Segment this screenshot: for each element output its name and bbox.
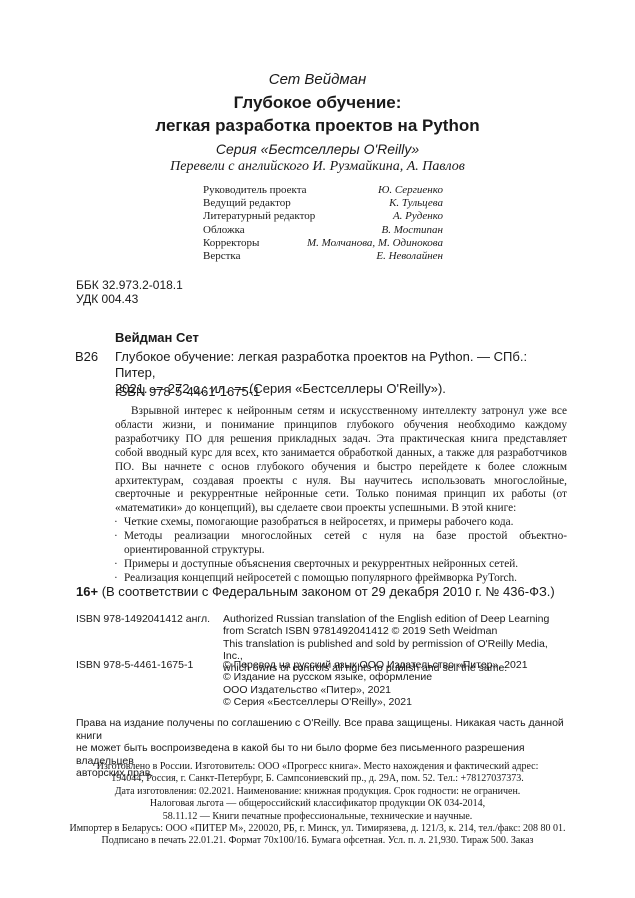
credits-list: Руководитель проектаЮ. Сергиенко Ведущий… bbox=[203, 184, 443, 263]
credit-row: ОбложкаВ. Мостипан bbox=[203, 224, 443, 237]
credit-row: ВерсткаЕ. Неволайнен bbox=[203, 250, 443, 263]
catalog-author-heading: Вейдман Сет bbox=[115, 330, 199, 345]
imprint-info: Изготовлено в России. Изготовитель: ООО … bbox=[0, 761, 635, 848]
imprint-line: Подписано в печать 22.01.21. Формат 70х1… bbox=[0, 835, 635, 847]
credit-person: Е. Неволайнен bbox=[376, 250, 443, 263]
book-title-line-1: Глубокое обучение: bbox=[0, 93, 635, 113]
credit-role: Ведущий редактор bbox=[203, 197, 291, 210]
bullet-item: Методы реализации многослойных сетей с н… bbox=[115, 530, 567, 558]
age-rating-badge: 16+ bbox=[76, 584, 98, 599]
credit-person: К. Тульцева bbox=[389, 197, 443, 210]
bullet-item: Примеры и доступные объяснения сверточны… bbox=[115, 558, 567, 572]
credit-role: Руководитель проекта bbox=[203, 184, 307, 197]
imprint-line: Налоговая льгота — общероссийский класси… bbox=[0, 798, 635, 810]
annotation-bullets: Четкие схемы, помогающие разобраться в н… bbox=[115, 516, 567, 586]
credit-person: А. Руденко bbox=[393, 210, 443, 223]
copyright-line: Authorized Russian translation of the En… bbox=[223, 613, 563, 625]
udk-code: УДК 004.43 bbox=[76, 292, 183, 306]
copyright-line: © Перевод на русский язык ООО Издательст… bbox=[223, 659, 563, 671]
age-rating: 16+ (В соответствии с Федеральным законо… bbox=[76, 584, 555, 599]
translators: Перевели с английского И. Рузмайкина, А.… bbox=[0, 159, 635, 175]
author-sign-code: В26 bbox=[75, 349, 98, 364]
isbn-russian: ISBN 978-5-4461-1675-1 bbox=[76, 659, 193, 671]
classification-codes: ББК 32.973.2-018.1 УДК 004.43 bbox=[76, 278, 183, 306]
credit-role: Корректоры bbox=[203, 237, 259, 250]
imprint-line: Изготовлено в России. Изготовитель: ООО … bbox=[0, 761, 635, 773]
credit-row: КорректорыМ. Молчанова, М. Одинокова bbox=[203, 237, 443, 250]
credit-role: Верстка bbox=[203, 250, 240, 263]
annotation-paragraph: Взрывной интерес к нейронным сетям и иск… bbox=[115, 405, 567, 516]
catalog-isbn: ISBN 978-5-4461-1675-1 bbox=[115, 384, 260, 399]
credit-row: Литературный редакторА. Руденко bbox=[203, 210, 443, 223]
author-name: Сет Вейдман bbox=[0, 71, 635, 88]
imprint-line: 194044, Россия, г. Санкт-Петербург, Б. С… bbox=[0, 773, 635, 785]
imprint-line: Дата изготовления: 02.2021. Наименование… bbox=[0, 786, 635, 798]
rights-line: Права на издание получены по соглашению … bbox=[76, 717, 566, 742]
credit-person: В. Мостипан bbox=[381, 224, 443, 237]
copyright-line: ООО Издательство «Питер», 2021 bbox=[223, 684, 563, 696]
credit-row: Ведущий редакторК. Тульцева bbox=[203, 197, 443, 210]
credit-person: Ю. Сергиенко bbox=[378, 184, 443, 197]
credit-role: Литературный редактор bbox=[203, 210, 315, 223]
credit-person: М. Молчанова, М. Одинокова bbox=[307, 237, 443, 250]
book-title-line-2: легкая разработка проектов на Python bbox=[0, 116, 635, 136]
russian-copyright: © Перевод на русский язык ООО Издательст… bbox=[223, 659, 563, 708]
bib-line: Глубокое обучение: легкая разработка про… bbox=[115, 349, 565, 381]
credit-role: Обложка bbox=[203, 224, 245, 237]
copyright-line: © Серия «Бестселлеры O'Reilly», 2021 bbox=[223, 696, 563, 708]
copyright-line: from Scratch ISBN 9781492041412 © 2019 S… bbox=[223, 625, 563, 637]
copyright-line: © Издание на русском языке, оформление bbox=[223, 671, 563, 683]
series-name: Серия «Бестселлеры O'Reilly» bbox=[0, 141, 635, 157]
age-rating-text: (В соответствии с Федеральным законом от… bbox=[102, 584, 555, 599]
credit-row: Руководитель проектаЮ. Сергиенко bbox=[203, 184, 443, 197]
imprint-line: Импортер в Беларусь: ООО «ПИТЕР М», 2200… bbox=[0, 823, 635, 835]
bullet-item: Четкие схемы, помогающие разобраться в н… bbox=[115, 516, 567, 530]
annotation: Взрывной интерес к нейронным сетям и иск… bbox=[115, 405, 567, 586]
isbn-english: ISBN 978-1492041412 англ. bbox=[76, 613, 210, 625]
bbk-code: ББК 32.973.2-018.1 bbox=[76, 278, 183, 292]
imprint-line: 58.11.12 — Книги печатные профессиональн… bbox=[0, 811, 635, 823]
